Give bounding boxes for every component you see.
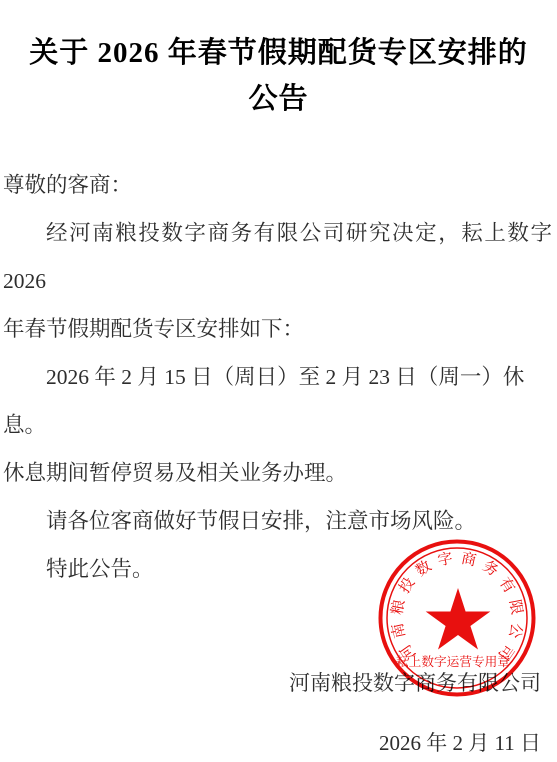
notice-title-line-2: 公告 xyxy=(8,76,549,122)
notice-title: 关于 2026 年春节假期配货专区安排的 公告 xyxy=(8,30,549,122)
signature-company: 河南粮投数字商务有限公司 xyxy=(0,659,541,707)
body-line: 休息期间暂停贸易及相关业务办理。 xyxy=(3,449,552,497)
body-line: 年春节假期配货专区安排如下： xyxy=(3,305,552,353)
notice-title-line-1: 关于 2026 年春节假期配货专区安排的 xyxy=(8,30,549,76)
svg-text:南: 南 xyxy=(389,622,409,640)
notice-document: 关于 2026 年春节假期配货专区安排的 公告 尊敬的客商： 经河南粮投数字商务… xyxy=(0,0,557,762)
svg-text:限: 限 xyxy=(506,598,525,616)
signature-date: 2026 年 2 月 11 日 xyxy=(0,719,541,762)
svg-text:粮: 粮 xyxy=(389,598,408,616)
body-line: 特此公告。 xyxy=(3,545,552,593)
seal-star xyxy=(426,588,491,650)
notice-body: 尊敬的客商： 经河南粮投数字商务有限公司研究决定，耘上数字 2026 年春节假期… xyxy=(3,161,552,593)
body-line: 经河南粮投数字商务有限公司研究决定，耘上数字 2026 xyxy=(3,209,552,305)
signature-block: 河南粮投数字商务有限公司 2026 年 2 月 11 日 xyxy=(0,659,557,762)
salutation-line: 尊敬的客商： xyxy=(3,161,552,209)
body-line: 2026 年 2 月 15 日（周日）至 2 月 23 日（周一）休息。 xyxy=(3,353,552,449)
body-line: 请各位客商做好节假日安排，注意市场风险。 xyxy=(3,497,552,545)
svg-text:公: 公 xyxy=(505,622,524,640)
